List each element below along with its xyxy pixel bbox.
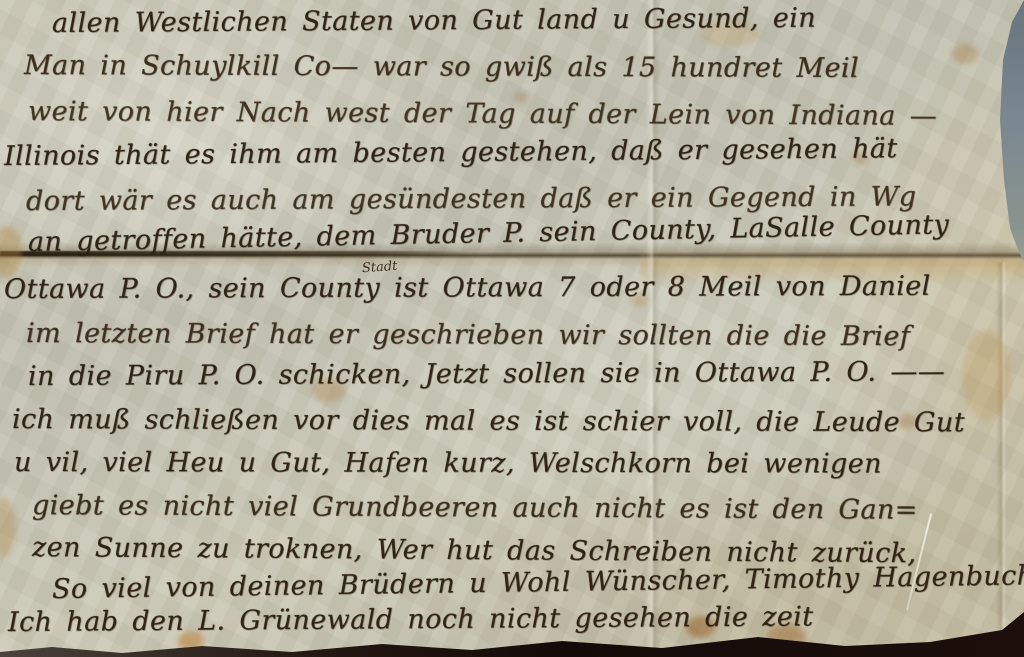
- stain: [962, 330, 1010, 420]
- handwritten-line: Ottawa P. O., sein County ist Ottawa 7 o…: [4, 271, 931, 305]
- handwritten-line: weit von hier Nach west der Tag auf der …: [28, 96, 937, 132]
- stain: [952, 44, 978, 64]
- fold-crease-vertical-right: [996, 262, 1006, 657]
- handwritten-line: Man in Schuylkill Co— war so gwiß als 15…: [24, 50, 859, 84]
- handwritten-line: giebt es nicht viel Grundbeeren auch nic…: [32, 490, 918, 526]
- handwritten-line: im letzten Brief hat er geschrieben wir …: [26, 318, 910, 352]
- handwritten-line: in die Piru P. O. schicken, Jetzt sollen…: [28, 356, 945, 392]
- letter-paper: allen Westlichen Staten von Gut land u G…: [0, 0, 1024, 657]
- letter-photograph: allen Westlichen Staten von Gut land u G…: [0, 0, 1024, 657]
- handwritten-line: u vil, viel Heu u Gut, Hafen kurz, Welsc…: [14, 447, 882, 480]
- handwritten-line: Ich hab den L. Grünewald noch nicht gese…: [8, 601, 814, 638]
- handwritten-line: ich muß schließen vor dies mal es ist sc…: [12, 404, 965, 438]
- handwritten-line: allen Westlichen Staten von Gut land u G…: [52, 3, 816, 39]
- interlinear-note: Stadt: [362, 259, 398, 276]
